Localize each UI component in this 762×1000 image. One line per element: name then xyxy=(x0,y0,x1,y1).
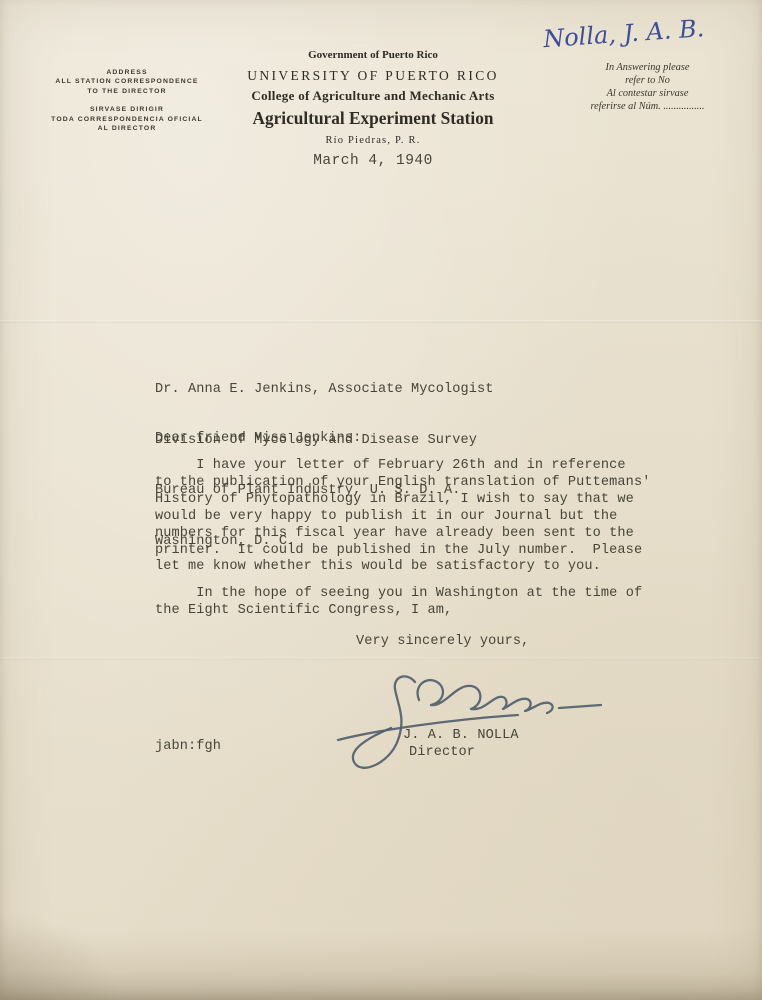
handwritten-filing-note: Nolla, J. A. B. xyxy=(542,11,753,54)
government-line: Government of Puerto Rico xyxy=(231,49,515,61)
refer-line: In Answering please xyxy=(545,61,750,74)
bottom-edge-shadow xyxy=(0,928,762,1000)
letterhead-center: Government of Puerto Rico UNIVERSITY OF … xyxy=(231,49,515,146)
notice-line: TODA CORRESPONDENCIA OFICIAL xyxy=(38,115,216,124)
notice-spanish: SIRVASE DIRIGIR TODA CORRESPONDENCIA OFI… xyxy=(38,105,216,133)
salutation: Dear friend Miss Jenkins: xyxy=(155,431,361,448)
body-paragraph-1: I have your letter of February 26th and … xyxy=(155,458,660,576)
fold-crease-upper xyxy=(0,320,762,323)
refer-line: Al contestar sirvase xyxy=(545,87,750,100)
letter-page: ADDRESS ALL STATION CORRESPONDENCE TO TH… xyxy=(0,0,762,1000)
notice-line: ALL STATION CORRESPONDENCE xyxy=(38,77,216,86)
handwritten-signature xyxy=(333,668,613,780)
refer-line: referirse al Núm. ................ xyxy=(545,100,750,113)
body-paragraph-2: In the hope of seeing you in Washington … xyxy=(155,586,660,620)
notice-line: TO THE DIRECTOR xyxy=(38,87,216,96)
college-line: College of Agriculture and Mechanic Arts xyxy=(231,89,515,103)
recipient-line: Dr. Anna E. Jenkins, Associate Mycologis… xyxy=(155,382,494,399)
refer-notice: In Answering please refer to No Al conte… xyxy=(545,61,750,113)
date-line: March 4, 1940 xyxy=(231,153,515,169)
location-line: Río Piedras, P. R. xyxy=(231,135,515,146)
refer-line: refer to No xyxy=(545,74,750,87)
signature-dash-stroke xyxy=(559,705,601,708)
station-line: Agricultural Experiment Station xyxy=(237,109,510,128)
signature-underline-stroke xyxy=(338,715,518,740)
university-line: UNIVERSITY OF PUERTO RICO xyxy=(231,69,515,83)
signature-j-stroke xyxy=(353,676,415,767)
notice-english: ADDRESS ALL STATION CORRESPONDENCE TO TH… xyxy=(38,68,216,96)
complimentary-closing: Very sincerely yours, xyxy=(356,634,529,651)
notice-line: ADDRESS xyxy=(38,68,216,77)
signature-loops-stroke xyxy=(418,680,553,713)
corner-shadow xyxy=(0,910,120,1000)
notice-line: SIRVASE DIRIGIR xyxy=(38,105,216,114)
fold-crease-lower xyxy=(0,657,762,660)
left-correspondence-notice: ADDRESS ALL STATION CORRESPONDENCE TO TH… xyxy=(38,68,216,133)
reference-initials: jabn:fgh xyxy=(155,739,221,756)
notice-line: AL DIRECTOR xyxy=(38,124,216,133)
